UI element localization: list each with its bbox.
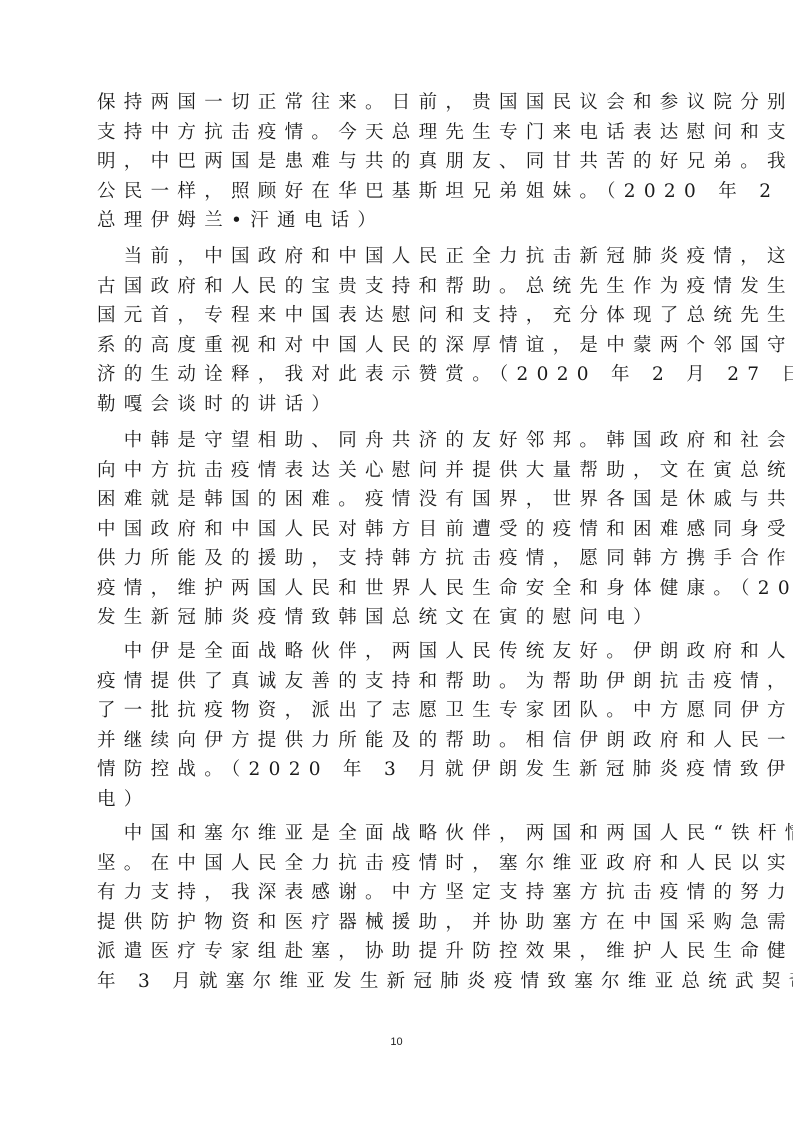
text-line: 疫情提供了真诚友善的支持和帮助。为帮助伊朗抗击疫情，中方向伊方提供 (97, 667, 707, 697)
text-line: 年 3 月就塞尔维亚发生新冠肺炎疫情致塞尔维亚总统武契奇的慰问电） (97, 967, 707, 997)
text-line: 济的生动诠释，我对此表示赞赏。（2020 年 2 月 27 日同蒙古国总统巴特图 (97, 360, 707, 390)
paragraph-pakistan: 保持两国一切正常往来。日前，贵国国民议会和参议院分别通过决议，全力 支持中方抗击… (97, 88, 707, 236)
text-line: 情防控战。（2020 年 3 月就伊朗发生新冠肺炎疫情致伊朗总统鲁哈尼的慰问 (97, 755, 707, 785)
text-line: 总理伊姆兰•汗通电话） (97, 206, 707, 236)
paragraph-iran: 中伊是全面战略伙伴，两国人民传统友好。伊朗政府和人民为中国抗击 疫情提供了真诚友… (97, 637, 707, 814)
paragraph-mongolia: 当前，中国政府和中国人民正全力抗击新冠肺炎疫情，这当中得到了蒙 古国政府和人民的… (97, 242, 707, 419)
text-line: 并继续向伊方提供力所能及的帮助。相信伊朗政府和人民一定能打赢这场疫 (97, 726, 707, 756)
text-line: 提供防护物资和医疗器械援助，并协助塞方在中国采购急需物资。中方还将 (97, 908, 707, 938)
text-line: 明，中巴两国是患难与共的真朋友、同甘共苦的好兄弟。我们将像对待本国 (97, 147, 707, 177)
paragraph-korea: 中韩是守望相助、同舟共济的友好邻邦。韩国政府和社会各界此前纷纷 向中方抗击疫情表… (97, 426, 707, 633)
text-line: 支持中方抗击疫情。今天总理先生专门来电话表达慰问和支持。事实再次证 (97, 118, 707, 148)
text-line: 疫情，维护两国人民和世界人民生命安全和身体健康。（2020 年 3 月就韩国 (97, 574, 707, 604)
text-line: 困难就是韩国的困难。疫情没有国界，世界各国是休戚与共的命运共同体， (97, 485, 707, 515)
text-line: 坚。在中国人民全力抗击疫情时，塞尔维亚政府和人民以实际行动给予中方 (97, 849, 707, 879)
text-line: 派遣医疗专家组赴塞，协助提升防控效果，维护人民生命健康福祉。（2020 (97, 937, 707, 967)
text-line: 勒嘎会谈时的讲话） (97, 390, 707, 420)
text-line: 了一批抗疫物资，派出了志愿卫生专家团队。中方愿同伊方加强抗疫合作， (97, 696, 707, 726)
text-line: 国元首，专程来中国表达慰问和支持，充分体现了总统先生和蒙方对中蒙关 (97, 301, 707, 331)
text-line: 中韩是守望相助、同舟共济的友好邻邦。韩国政府和社会各界此前纷纷 (97, 426, 707, 456)
document-page: 保持两国一切正常往来。日前，贵国国民议会和参议院分别通过决议，全力 支持中方抗击… (0, 0, 793, 1122)
text-line: 公民一样，照顾好在华巴基斯坦兄弟姐妹。（2020 年 2 月 20 日同巴基斯坦 (97, 177, 707, 207)
paragraph-serbia: 中国和塞尔维亚是全面战略伙伴，两国和两国人民“铁杆情谊”历久弥 坚。在中国人民全… (97, 819, 707, 996)
text-line: 保持两国一切正常往来。日前，贵国国民议会和参议院分别通过决议，全力 (97, 88, 707, 118)
text-line: 供力所能及的援助，支持韩方抗击疫情，愿同韩方携手合作，早日共同战胜 (97, 544, 707, 574)
text-line: 古国政府和人民的宝贵支持和帮助。总统先生作为疫情发生后首位访华的外 (97, 272, 707, 302)
page-number: 10 (0, 1036, 793, 1048)
text-line: 电） (97, 785, 707, 815)
text-line: 中国和塞尔维亚是全面战略伙伴，两国和两国人民“铁杆情谊”历久弥 (97, 819, 707, 849)
text-line: 向中方抗击疫情表达关心慰问并提供大量帮助，文在寅总统特别强调中国的 (97, 456, 707, 486)
text-line: 系的高度重视和对中国人民的深厚情谊，是中蒙两个邻国守望相助、同舟共 (97, 331, 707, 361)
text-line: 中伊是全面战略伙伴，两国人民传统友好。伊朗政府和人民为中国抗击 (97, 637, 707, 667)
text-line: 当前，中国政府和中国人民正全力抗击新冠肺炎疫情，这当中得到了蒙 (97, 242, 707, 272)
text-line: 中国政府和中国人民对韩方目前遭受的疫情和困难感同身受。中方将继续提 (97, 515, 707, 545)
text-line: 有力支持，我深表感谢。中方坚定支持塞方抗击疫情的努力，将向塞尔维亚 (97, 878, 707, 908)
text-line: 发生新冠肺炎疫情致韩国总统文在寅的慰问电） (97, 603, 707, 633)
